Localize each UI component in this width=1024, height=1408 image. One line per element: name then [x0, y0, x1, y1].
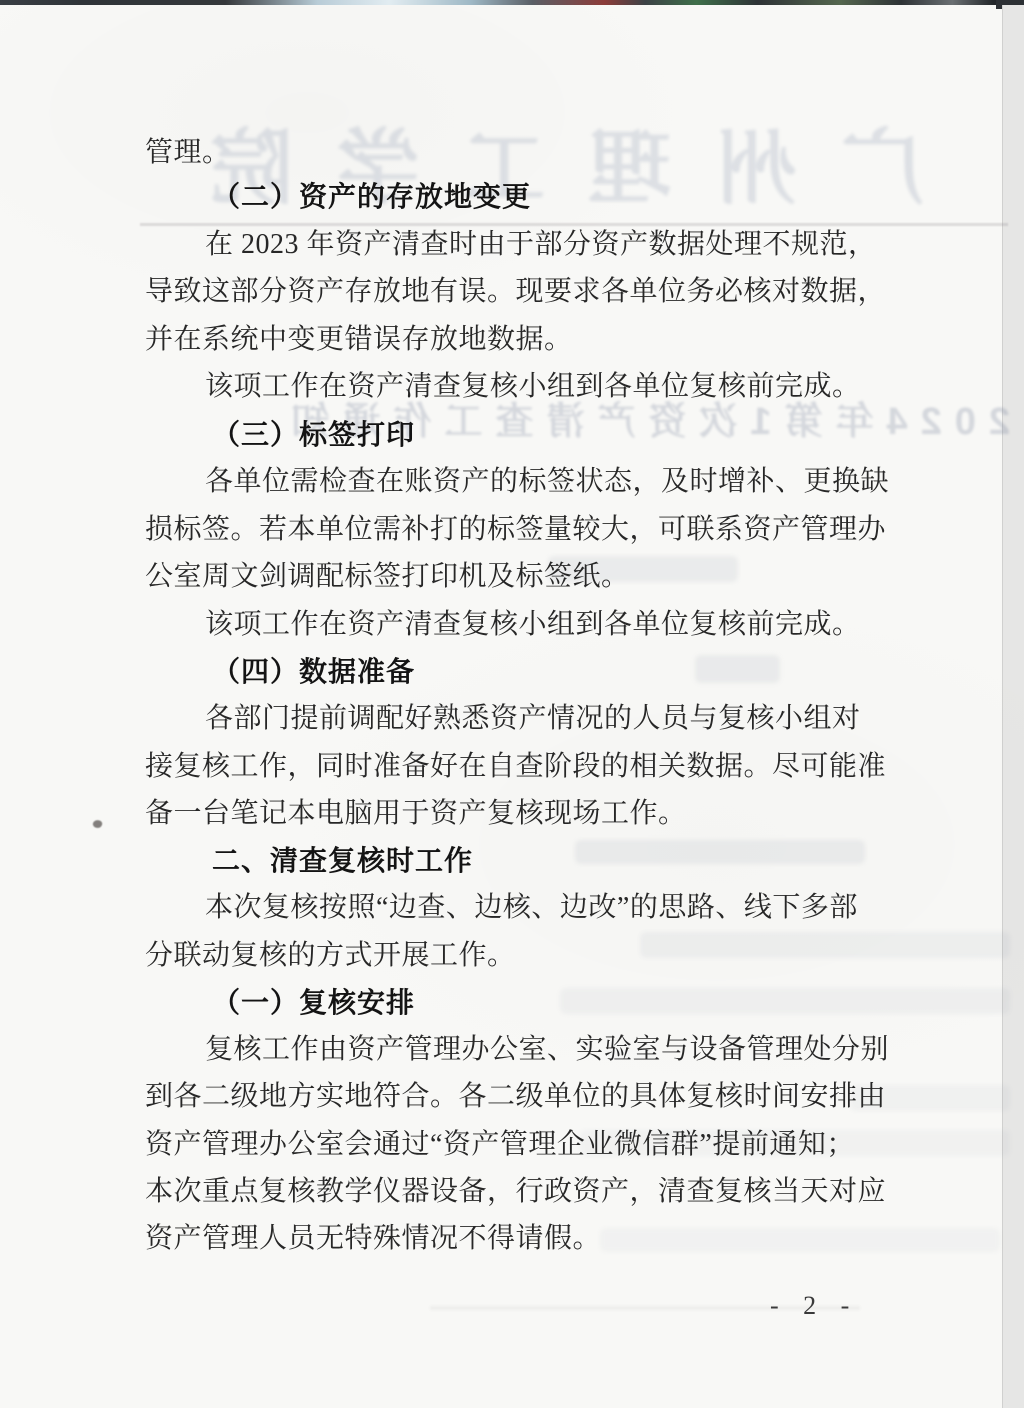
- bleedthrough-smudge: [560, 988, 1010, 1014]
- text-line: 分联动复核的方式开展工作。: [145, 942, 516, 970]
- text-line: 本次复核按照“边查、边核、边改”的思路、线下多部: [205, 894, 858, 922]
- bleedthrough-letterhead-rule: [140, 223, 1008, 226]
- page-number: - 2 -: [770, 1293, 858, 1319]
- text-line: 公室周文剑调配标签打印机及标签纸。: [145, 563, 630, 591]
- text-line: 备一台笔记本电脑用于资产复核现场工作。: [145, 800, 687, 828]
- text-line: 复核工作由资产管理办公室、实验室与设备管理处分别: [205, 1036, 889, 1064]
- text-line: 并在系统中变更错误存放地数据。: [145, 326, 573, 354]
- bleedthrough-smudge: [695, 655, 780, 683]
- heading-section-1: （一）复核安排: [212, 989, 415, 1017]
- ink-speck: [92, 819, 103, 830]
- text-line: 本次重点复核教学仪器设备，行政资产，清查复核当天对应: [145, 1178, 886, 1206]
- text-line: 该项工作在资产清查复核小组到各单位复核前完成。: [205, 611, 861, 639]
- scanned-document-page: { "page": { "number_label": "- 2 -" }, "…: [0, 0, 1024, 1408]
- text-line: 各单位需检查在账资产的标签状态，及时增补、更换缺: [205, 468, 889, 496]
- heading-section-2: （二）资产的存放地变更: [212, 183, 531, 211]
- text-line: 资产管理人员无特殊情况不得请假。: [145, 1225, 601, 1253]
- text-line: 资产管理办公室会通过“资产管理企业微信群”提前通知；: [145, 1131, 855, 1159]
- text-line: 接复核工作，同时准备好在自查阶段的相关数据。尽可能准: [145, 753, 886, 781]
- text-line: 在 2023 年资产清查时由于部分资产数据处理不规范，: [205, 231, 877, 259]
- text-line: 各部门提前调配好熟悉资产情况的人员与复核小组对: [205, 705, 861, 733]
- text-line: 损标签。若本单位需补打的标签量较大，可联系资产管理办: [145, 516, 886, 544]
- bleedthrough-smudge: [640, 932, 1010, 958]
- text-line: 管理。: [145, 139, 231, 167]
- scan-edge-top-strip: [0, 0, 1024, 5]
- heading-section-3: （三）标签打印: [212, 421, 415, 449]
- text-line: 该项工作在资产清查复核小组到各单位复核前完成。: [205, 373, 861, 401]
- text-line: 导致这部分资产存放地有误。现要求各单位务必核对数据，: [145, 278, 886, 306]
- text-line: 到各二级地方实地符合。各二级单位的具体复核时间安排由: [145, 1083, 886, 1111]
- bleedthrough-smudge: [600, 1228, 1000, 1252]
- bleedthrough-smudge: [575, 840, 865, 864]
- heading-part-2: 二、清查复核时工作: [212, 847, 473, 875]
- scan-edge-right-strip: [1002, 5, 1024, 1408]
- heading-section-4: （四）数据准备: [212, 658, 415, 686]
